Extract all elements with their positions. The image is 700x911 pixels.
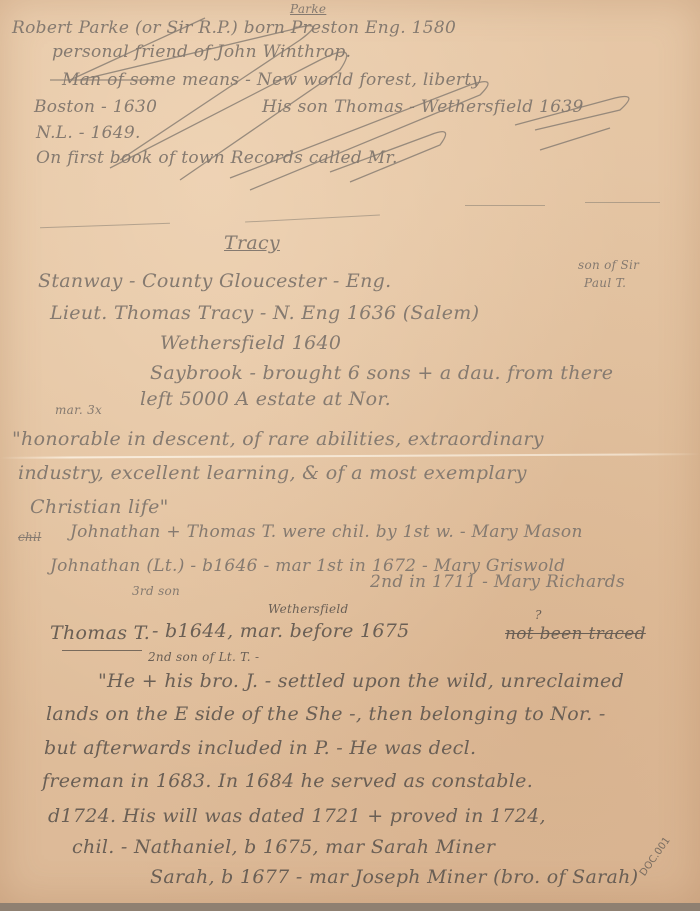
tracy-lieut: Lieut. Thomas Tracy - N. Eng 1636 (Salem…: [50, 302, 479, 324]
tracy-saybrook: Saybrook - brought 6 sons + a dau. from …: [150, 362, 613, 384]
tracy-wethersfield: Wethersfield 1640: [160, 332, 341, 354]
thomas-quote-3: but afterwards included in P. - He was d…: [44, 737, 476, 759]
struck-word: chil: [18, 530, 41, 544]
parke-heading: Parke: [290, 2, 326, 16]
paper-fold: [0, 453, 700, 459]
parke-line-4: Boston - 1630: [34, 97, 157, 117]
parke-line-7: On first book of town Records called Mr.: [36, 148, 398, 168]
scan-bottom-edge: [0, 903, 700, 911]
thomas-struck: not been traced: [505, 624, 646, 644]
document-id-stamp: DOC.001: [638, 835, 673, 878]
document-page: Parke Robert Parke (or Sir R.P.) born Pr…: [0, 0, 700, 903]
tracy-quote-2: industry, excellent learning, & of a mos…: [18, 462, 527, 484]
tracy-children: Johnathan + Thomas T. were chil. by 1st …: [70, 522, 583, 542]
separator-line: [585, 202, 660, 203]
margin-note-1: son of Sir: [578, 258, 639, 272]
thomas-quote-6: chil. - Nathaniel, b 1675, mar Sarah Min…: [72, 836, 495, 858]
thomas-quote-2: lands on the E side of the She -, then b…: [46, 703, 606, 725]
thomas-quote-5: d1724. His will was dated 1721 + proved …: [48, 805, 546, 827]
parke-line-6: N.L. - 1649.: [36, 123, 141, 143]
tracy-heading: Tracy: [224, 232, 280, 254]
thomas-quote-1: "He + his bro. J. - settled upon the wil…: [98, 670, 624, 692]
parke-line-2: personal friend of John Winthrop.: [52, 42, 351, 62]
tracy-married-note: mar. 3x: [55, 403, 102, 417]
thomas-above-note: Wethersfield: [268, 602, 349, 616]
thomas-son-note: 2nd son of Lt. T. -: [148, 650, 259, 664]
underline: [62, 650, 142, 651]
separator-line: [465, 205, 545, 206]
parke-line-5: His son Thomas - Wethersfield 1639: [262, 97, 584, 117]
parke-line-3: Man of some means - New world forest, li…: [62, 70, 481, 90]
parke-line-1: Robert Parke (or Sir R.P.) born Preston …: [12, 18, 456, 38]
thomas-quote-7: Sarah, b 1677 - mar Joseph Miner (bro. o…: [150, 866, 638, 888]
thomas-quote-4: freeman in 1683. In 1684 he served as co…: [42, 770, 533, 792]
thomas-line: - b1644, mar. before 1675: [152, 620, 410, 642]
tracy-quote-1: "honorable in descent, of rare abilities…: [12, 428, 544, 450]
separator-line: [40, 223, 170, 229]
separator-line: [245, 214, 380, 222]
thomas-title: Thomas T.: [50, 622, 150, 644]
margin-note-2: Paul T.: [584, 276, 626, 290]
tracy-estate: left 5000 A estate at Nor.: [140, 388, 391, 410]
tracy-origin: Stanway - County Gloucester - Eng.: [38, 270, 391, 292]
tracy-johnathan-second: 2nd in 1711 - Mary Richards: [370, 572, 625, 592]
tracy-quote-3: Christian life": [30, 496, 169, 518]
question-mark: ?: [535, 608, 542, 622]
tracy-johnathan-son: 3rd son: [132, 584, 180, 598]
